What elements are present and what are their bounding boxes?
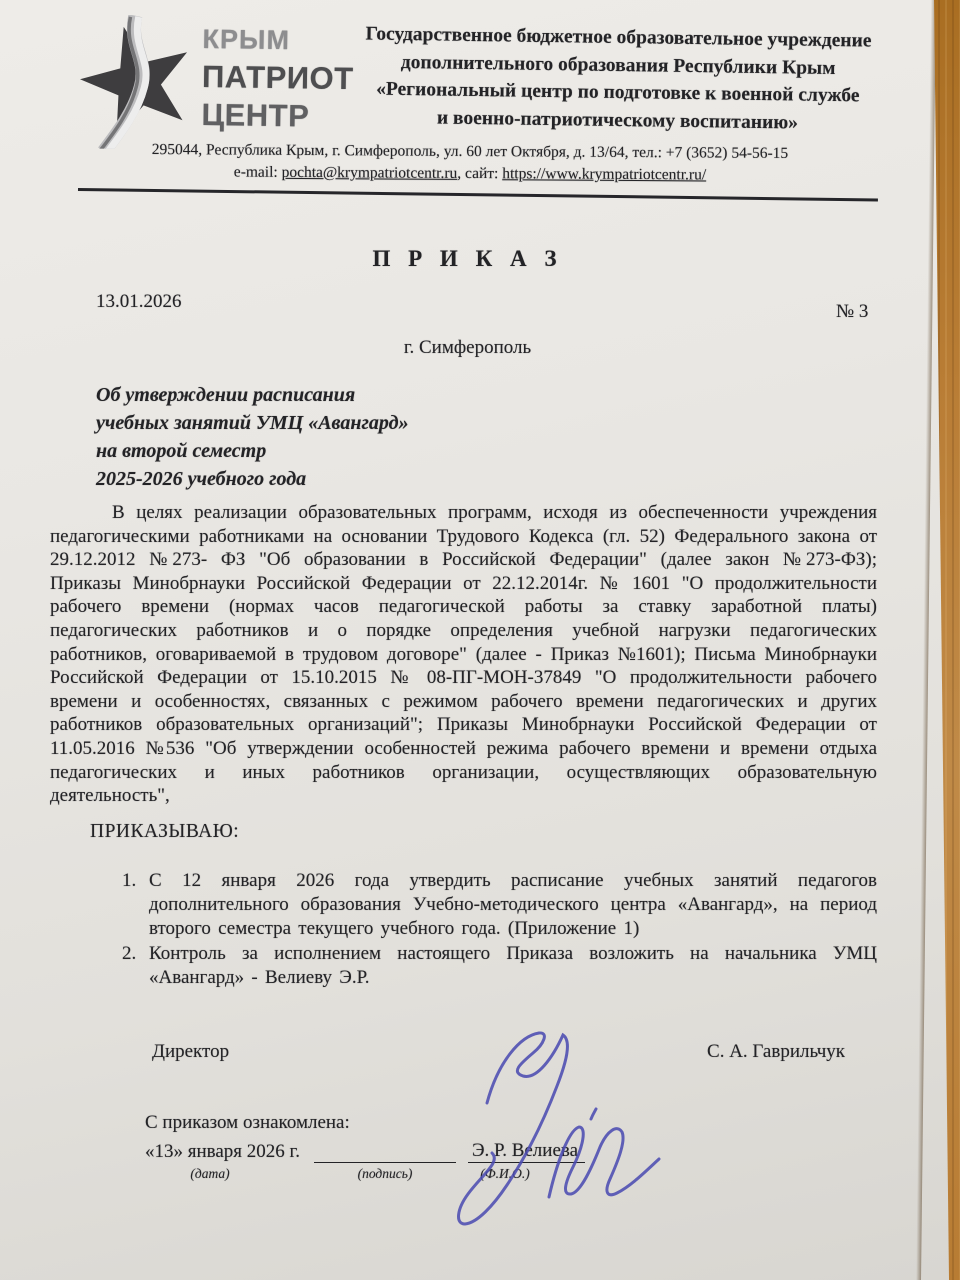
ack-title: С приказом ознакомлена:: [145, 1112, 745, 1134]
order-subject: Об утверждении расписания учебных заняти…: [96, 381, 409, 493]
subject-line: Об утверждении расписания: [96, 381, 409, 409]
caption-date: (дата): [165, 1166, 255, 1182]
ack-row: «13» января 2026 г. Э. Р. Велиева: [145, 1140, 745, 1163]
order-resolve-word: ПРИКАЗЫВАЮ:: [90, 821, 239, 843]
order-city: г. Симферополь: [0, 337, 935, 359]
caption-signature: (подпись): [330, 1166, 440, 1182]
ack-name: Э. Р. Велиева: [468, 1140, 585, 1163]
site-link: https://www.krympatriotcentr.ru/: [502, 165, 706, 183]
order-item: 1. С 12 января 2026 года утвердить распи…: [50, 869, 877, 941]
order-number: № 3: [836, 301, 868, 323]
order-date: 13.01.2026: [96, 291, 182, 313]
header-divider: [78, 188, 878, 201]
paper-edge-shadow: [916, 0, 936, 1280]
item-number: 2.: [122, 942, 149, 990]
subject-line: 2025-2026 учебного года: [96, 465, 409, 493]
order-items: 1. С 12 января 2026 года утвердить распи…: [50, 869, 877, 991]
item-text: С 12 января 2026 года утвердить расписан…: [149, 869, 877, 941]
subject-line: учебных занятий УМЦ «Авангард»: [96, 409, 409, 437]
org-contacts-line: e-mail: pochta@krympatriotcentr.ru, сайт…: [40, 162, 900, 185]
order-preamble: В целях реализации образовательных прогр…: [50, 501, 877, 808]
acknowledgement-block: С приказом ознакомлена: «13» января 2026…: [145, 1112, 745, 1185]
ack-captions: (дата) (подпись) (Ф.И.О.): [145, 1163, 745, 1185]
ack-date: «13» января 2026 г.: [145, 1141, 300, 1163]
email-link: pochta@krympatriotcentr.ru: [282, 164, 458, 182]
site-label: , сайт:: [457, 165, 502, 182]
logo-star-icon: [75, 14, 205, 150]
org-address: 295044, Республика Крым, г. Симферополь,…: [40, 140, 900, 163]
caption-fio: (Ф.И.О.): [450, 1166, 560, 1182]
director-label: Директор: [152, 1041, 229, 1063]
org-logo: КРЫМ ПАТРИОТ ЦЕНТР: [75, 12, 327, 145]
item-number: 1.: [122, 869, 149, 941]
org-name-block: Государственное бюджетное образовательно…: [317, 20, 918, 138]
order-title: П Р И К А З: [0, 246, 935, 272]
document-page: КРЫМ ПАТРИОТ ЦЕНТР Государственное бюдже…: [0, 0, 960, 1280]
director-signature-row: Директор С. А. Гаврильчук: [50, 1041, 877, 1063]
director-name: С. А. Гаврильчук: [707, 1041, 845, 1063]
signature-blank-line: [314, 1142, 456, 1163]
email-label: e-mail:: [234, 164, 282, 181]
item-text: Контроль за исполнением настоящего Прика…: [149, 942, 877, 990]
subject-line: на второй семестр: [96, 437, 409, 465]
order-item: 2. Контроль за исполнением настоящего Пр…: [50, 942, 877, 990]
